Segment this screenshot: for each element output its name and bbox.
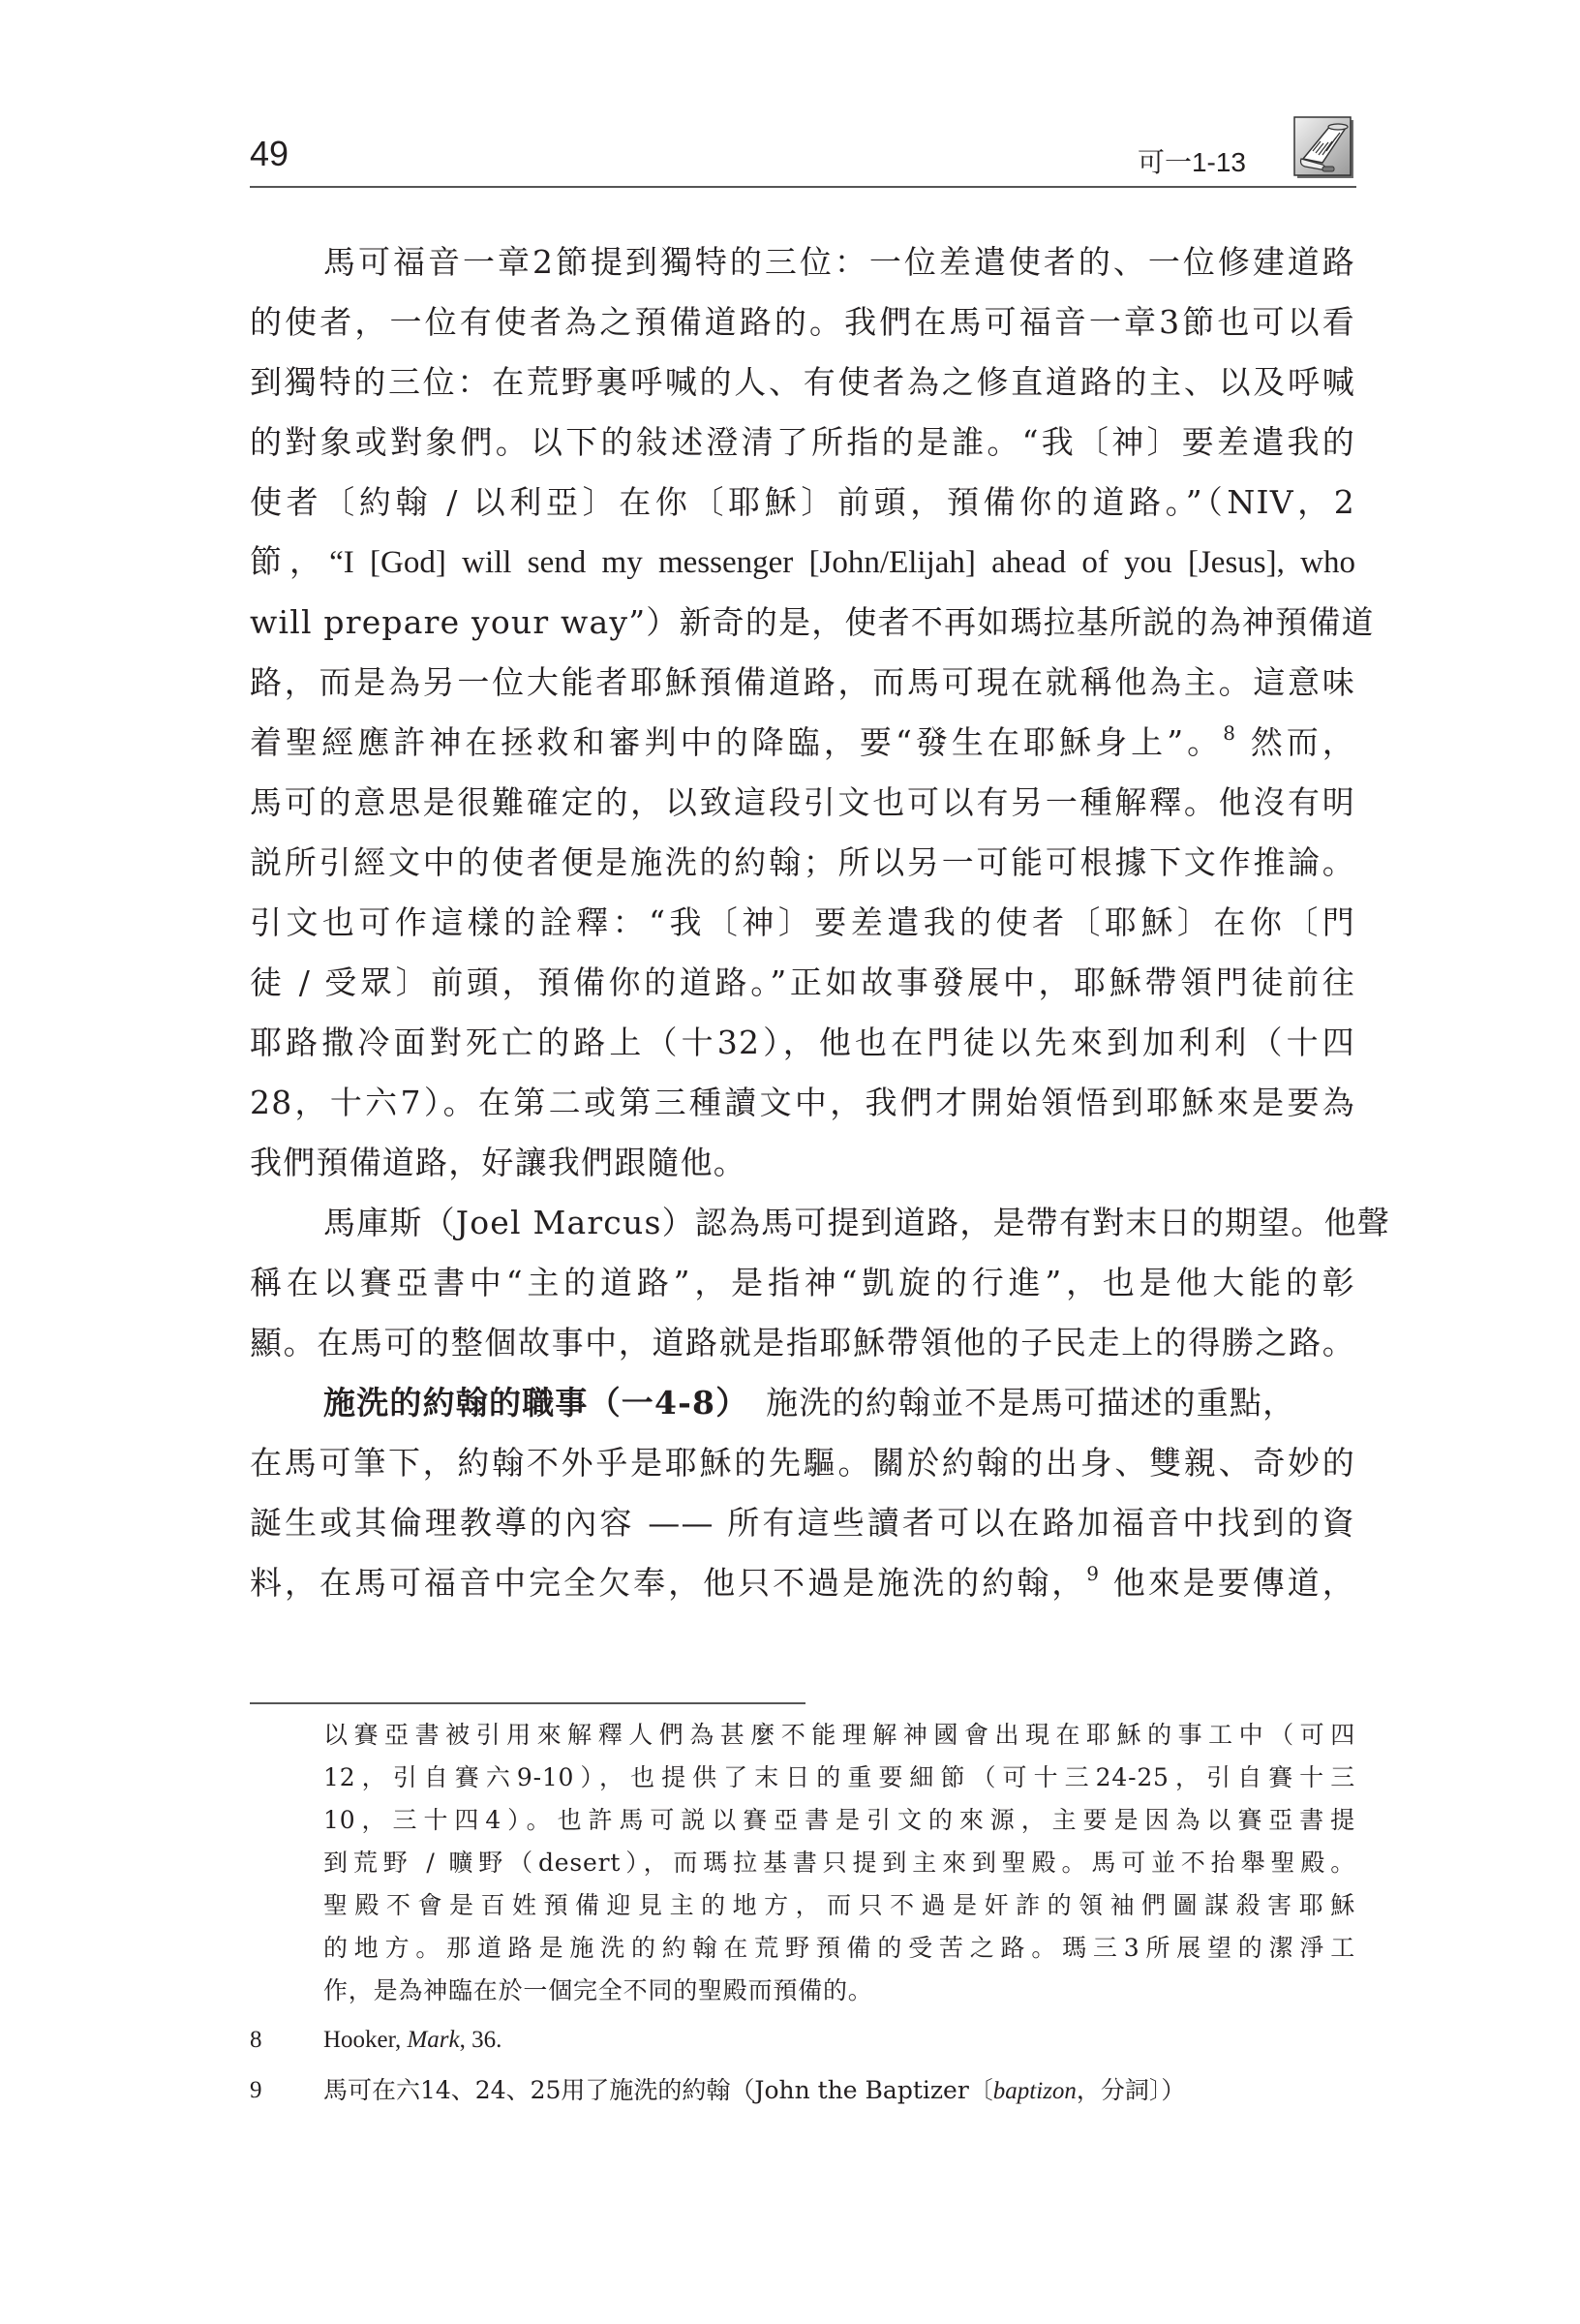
footnote-line: 作，是為神臨在於一個完全不同的聖殿而預備的。 <box>250 1970 1355 2012</box>
text-segment: ，分詞〕） <box>1077 2076 1186 2104</box>
footnote-title: Mark <box>407 2027 459 2053</box>
text-line: 馬可福音一章2節提到獨特的三位：一位差遣使者的、一位修建道路 <box>250 232 1355 292</box>
footnote-author: Hooker, <box>323 2027 407 2053</box>
text-line: 着聖經應許神在拯救和審判中的降臨，要“發生在耶穌身上”。8 然而， <box>250 713 1355 773</box>
text-segment: 他來是要傳道， <box>1100 1564 1355 1602</box>
footnote-ref-8[interactable]: 8 <box>1223 721 1236 745</box>
text-line: 在馬可筆下，約翰不外乎是耶穌的先驅。關於約翰的出身、雙親、奇妙的 <box>250 1433 1355 1493</box>
text-line: 誕生或其倫理教導的內容 —— 所有這些讀者可以在路加福音中找到的資 <box>250 1493 1355 1553</box>
footnote-line: 聖殿不會是百姓預備迎見主的地方，而只不過是奸詐的領袖們圖謀殺害耶穌 <box>250 1884 1355 1927</box>
footnote-number: 9 <box>250 2068 323 2113</box>
footnote-page: , 36. <box>460 2027 502 2053</box>
text-line: 引文也可作這樣的詮釋：“我〔神〕要差遣我的使者〔耶穌〕在你〔門 <box>250 893 1355 953</box>
footnote-ref-9[interactable]: 9 <box>1086 1562 1100 1585</box>
text-line: 馬庫斯（Joel Marcus）認為馬可提到道路，是帶有對末日的期望。他聲 <box>250 1193 1355 1253</box>
footnote-8: 8 Hooker, Mark, 36. <box>250 2018 1355 2063</box>
footnote-line: 的地方。那道路是施洗的約翰在荒野預備的受苦之路。瑪三3所展望的潔淨工 <box>250 1927 1355 1970</box>
footnote-line: 到荒野 / 曠野（desert），而瑪拉基書只提到主來到聖殿。馬可並不抬舉聖殿。 <box>250 1842 1355 1884</box>
body-text: 馬可福音一章2節提到獨特的三位：一位差遣使者的、一位修建道路 的使者，一位有使者… <box>250 232 1355 1613</box>
footnote-line: 10，三十四4）。也許馬可説以賽亞書是引文的來源，主要是因為以賽亞書提 <box>250 1799 1355 1842</box>
footnote-rule <box>250 1702 805 1704</box>
text-line: 的使者，一位有使者為之預備道路的。我們在馬可福音一章3節也可以看 <box>250 292 1355 352</box>
text-line: 料，在馬可福音中完全欠奉，他只不過是施洗的約翰，9 他來是要傳道， <box>250 1553 1355 1613</box>
scroll-icon <box>1293 116 1355 180</box>
text-line: 28，十六7）。在第二或第三種讀文中，我們才開始領悟到耶穌來是要為 <box>250 1073 1355 1133</box>
text-line: 顯。在馬可的整個故事中，道路就是指耶穌帶領他的子民走上的得勝之路。 <box>250 1313 1355 1373</box>
text-line: 到獨特的三位：在荒野裏呼喊的人、有使者為之修直道路的主、以及呼喊 <box>250 352 1355 413</box>
text-segment: 着聖經應許神在拯救和審判中的降臨，要“發生在耶穌身上”。 <box>250 723 1223 761</box>
text-line: 馬可的意思是很難確定的，以致這段引文也可以有另一種解釋。他沒有明 <box>250 773 1355 833</box>
footnote-line: 以賽亞書被引用來解釋人們為甚麼不能理解神國會出現在耶穌的事工中（可四 <box>250 1714 1355 1757</box>
text-line: 説所引經文中的使者便是施洗的約翰；所以另一可能可根據下文作推論。 <box>250 833 1355 893</box>
text-line: 節，“I [God] will send my messenger [John/… <box>250 533 1355 593</box>
footnote-9: 9 馬可在六14、24、25用了施洗的約翰（John the Baptizer〔… <box>250 2068 1355 2113</box>
text-segment: 施洗的約翰並不是馬可描述的重點， <box>733 1384 1295 1422</box>
text-line: 路，而是為另一位大能者耶穌預備道路，而馬可現在就稱他為主。這意味 <box>250 653 1355 713</box>
footnote-number: 8 <box>250 2018 323 2063</box>
text-segment: 馬可在六14、24、25用了施洗的約翰（John the Baptizer〔 <box>323 2076 993 2104</box>
section-heading: 施洗的約翰的職事（一4-8） <box>323 1384 733 1422</box>
text-line: 我們預備道路，好讓我們跟隨他。 <box>250 1133 1355 1193</box>
footnote-text: 馬可在六14、24、25用了施洗的約翰（John the Baptizer〔ba… <box>323 2068 1185 2113</box>
text-line: 使者〔約翰 / 以利亞〕在你〔耶穌〕前頭，預備你的道路。”（NIV，2 <box>250 473 1355 533</box>
header-rule <box>250 186 1356 188</box>
text-line: 的對象或對象們。以下的敍述澄清了所指的是誰。“我〔神〕要差遣我的 <box>250 413 1355 473</box>
page-number: 49 <box>250 134 289 174</box>
running-head: 可一1-13 <box>1138 141 1246 180</box>
italic-term: baptizon <box>993 2078 1077 2104</box>
footnotes: 以賽亞書被引用來解釋人們為甚麼不能理解神國會出現在耶穌的事工中（可四 12，引自… <box>250 1714 1355 2113</box>
text-line: 耶路撒冷面對死亡的路上（十32），他也在門徒以先來到加利利（十四 <box>250 1013 1355 1073</box>
footnote-text: Hooker, Mark, 36. <box>323 2018 501 2063</box>
text-line: 稱在以賽亞書中“主的道路”，是指神“凱旋的行進”，也是他大能的彰 <box>250 1253 1355 1313</box>
text-segment: 然而， <box>1236 723 1355 761</box>
text-segment: 料，在馬可福音中完全欠奉，他只不過是施洗的約翰， <box>250 1564 1086 1602</box>
text-line: 施洗的約翰的職事（一4-8） 施洗的約翰並不是馬可描述的重點， <box>250 1373 1355 1433</box>
text-line: 徒 / 受眾〕前頭，預備你的道路。”正如故事發展中，耶穌帶領門徒前往 <box>250 953 1355 1013</box>
footnote-line: 12，引自賽六9-10），也提供了末日的重要細節（可十三24-25，引自賽十三 <box>250 1757 1355 1799</box>
text-line: will prepare your way”）新奇的是，使者不再如瑪拉基所説的為… <box>250 593 1355 653</box>
